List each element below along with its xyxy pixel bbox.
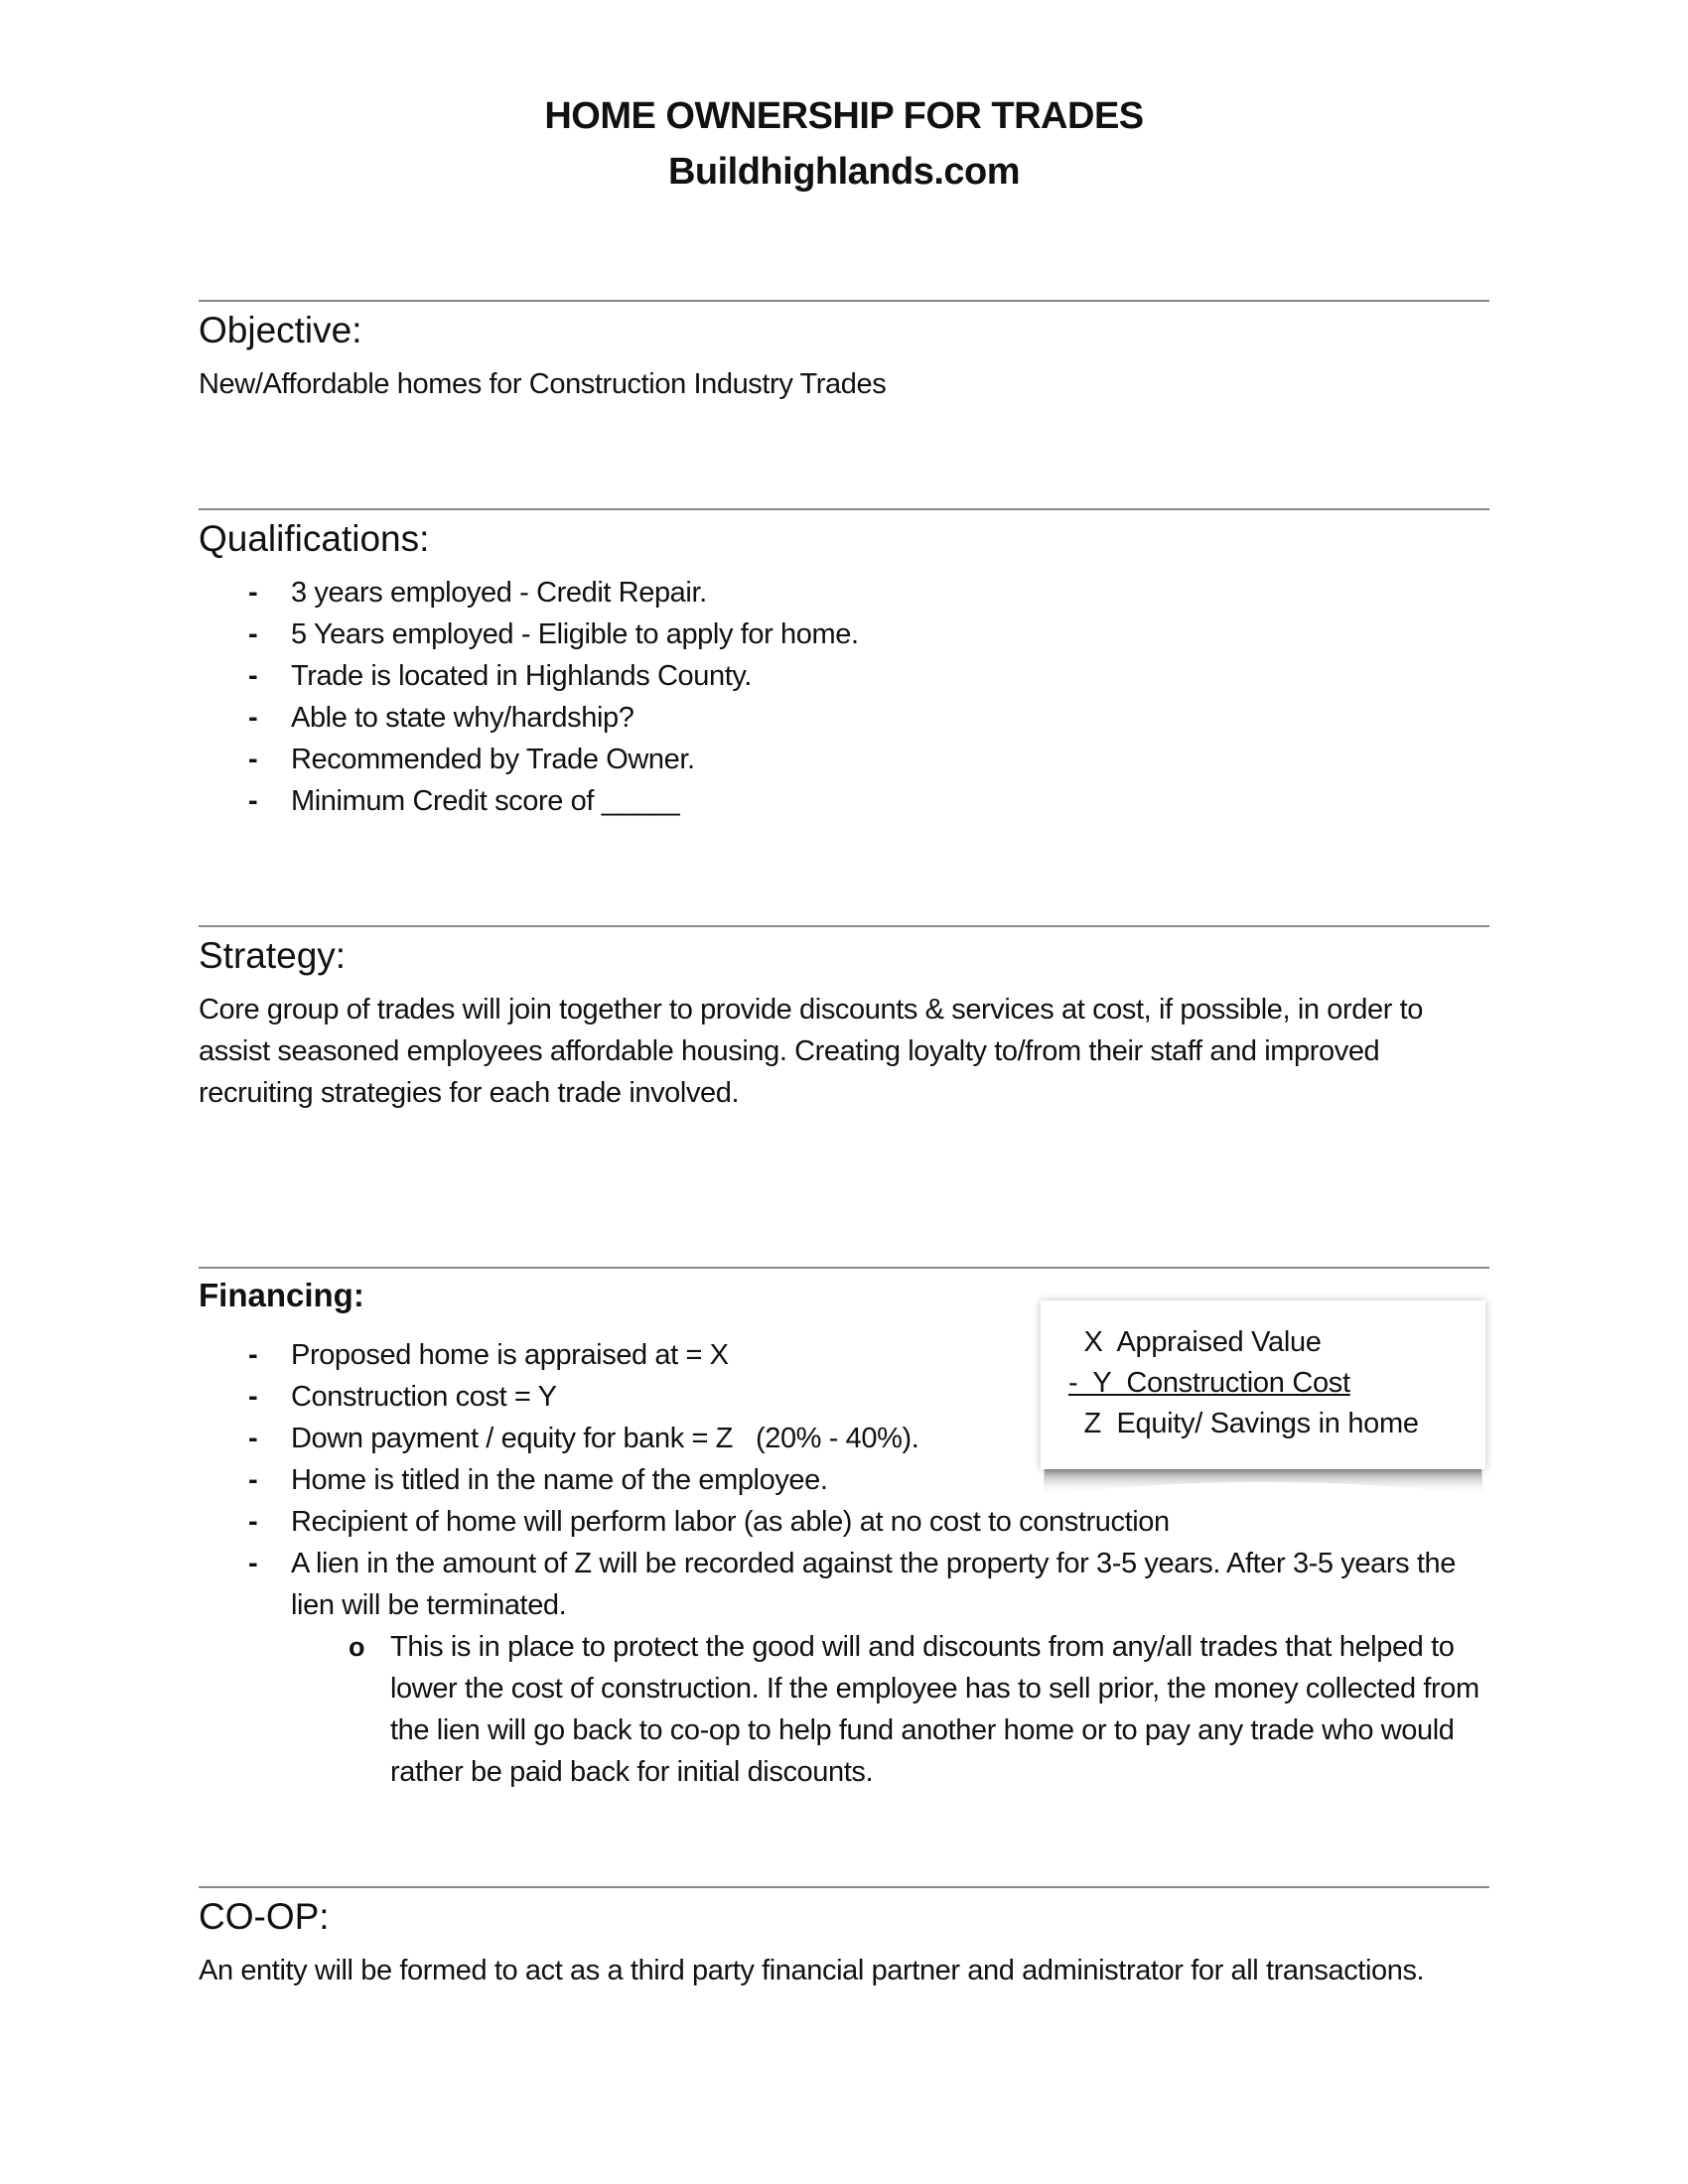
- list-item-text: Home is titled in the name of the employ…: [291, 1464, 828, 1496]
- list-item-text: Construction cost = Y: [291, 1381, 557, 1413]
- section-divider: [199, 925, 1489, 927]
- list-item-text: Recommended by Trade Owner.: [291, 744, 695, 775]
- dash-bullet-icon: -: [248, 780, 257, 822]
- dash-bullet-icon: -: [248, 572, 257, 614]
- list-item: -Recommended by Trade Owner.: [199, 739, 859, 780]
- list-item-text: 3 years employed - Credit Repair.: [291, 577, 707, 609]
- dash-bullet-icon: -: [248, 1334, 257, 1376]
- dash-bullet-icon: -: [248, 1418, 257, 1459]
- list-item-text: Trade is located in Highlands County.: [291, 660, 752, 692]
- financing-sub-list: oThis is in place to protect the good wi…: [291, 1626, 1502, 1793]
- circle-bullet-icon: o: [349, 1626, 364, 1668]
- qualifications-list: -3 years employed - Credit Repair. -5 Ye…: [199, 572, 859, 822]
- list-item-text: Able to state why/hardship?: [291, 702, 633, 734]
- section-divider: [199, 1886, 1489, 1888]
- formula-appraised-value: X Appraised Value: [1068, 1322, 1322, 1363]
- list-item-text: Proposed home is appraised at = X: [291, 1339, 729, 1371]
- list-item: -5 Years employed - Eligible to apply fo…: [199, 614, 859, 655]
- list-item: -Minimum Credit score of _____: [199, 780, 859, 822]
- list-item-text: Recipient of home will perform labor (as…: [291, 1506, 1170, 1538]
- objective-heading: Objective:: [199, 310, 362, 351]
- list-item-text: Down payment / equity for bank = Z (20% …: [291, 1423, 918, 1454]
- dash-bullet-icon: -: [248, 655, 257, 697]
- dash-bullet-icon: -: [248, 1501, 257, 1543]
- dash-bullet-icon: -: [248, 1376, 257, 1418]
- financing-heading: Financing:: [199, 1277, 364, 1314]
- equity-formula-box: X Appraised Value - Y Construction Cost …: [1041, 1300, 1485, 1469]
- sub-list-item: oThis is in place to protect the good wi…: [291, 1626, 1502, 1793]
- dash-bullet-icon: -: [248, 739, 257, 780]
- section-divider: [199, 300, 1489, 302]
- dash-bullet-icon: -: [248, 614, 257, 655]
- strategy-heading: Strategy:: [199, 935, 346, 977]
- coop-text: An entity will be formed to act as a thi…: [199, 1950, 1450, 1991]
- list-item: -Able to state why/hardship?: [199, 697, 859, 739]
- objective-text: New/Affordable homes for Construction In…: [199, 363, 1489, 405]
- dash-bullet-icon: -: [248, 697, 257, 739]
- list-item: -3 years employed - Credit Repair.: [199, 572, 859, 614]
- list-item-text: A lien in the amount of Z will be record…: [291, 1548, 1456, 1621]
- list-item: -Trade is located in Highlands County.: [199, 655, 859, 697]
- section-divider: [199, 1267, 1489, 1269]
- list-item: -A lien in the amount of Z will be recor…: [199, 1543, 1502, 1793]
- dash-bullet-icon: -: [248, 1459, 257, 1501]
- list-item: -Recipient of home will perform labor (a…: [199, 1501, 1502, 1543]
- qualifications-heading: Qualifications:: [199, 518, 429, 560]
- curled-shadow-icon: [1041, 1467, 1485, 1503]
- list-item-text: Minimum Credit score of _____: [291, 785, 679, 817]
- dash-bullet-icon: -: [248, 1543, 257, 1584]
- document-subtitle: Buildhighlands.com: [0, 151, 1688, 194]
- section-divider: [199, 508, 1489, 510]
- document-title: HOME OWNERSHIP FOR TRADES: [0, 95, 1688, 138]
- formula-construction-cost: - Y Construction Cost: [1068, 1363, 1350, 1404]
- formula-equity-savings: Z Equity/ Savings in home: [1068, 1404, 1419, 1444]
- list-item-text: 5 Years employed - Eligible to apply for…: [291, 618, 859, 650]
- strategy-text: Core group of trades will join together …: [199, 989, 1489, 1114]
- coop-heading: CO-OP:: [199, 1896, 330, 1938]
- sub-list-item-text: This is in place to protect the good wil…: [390, 1631, 1479, 1788]
